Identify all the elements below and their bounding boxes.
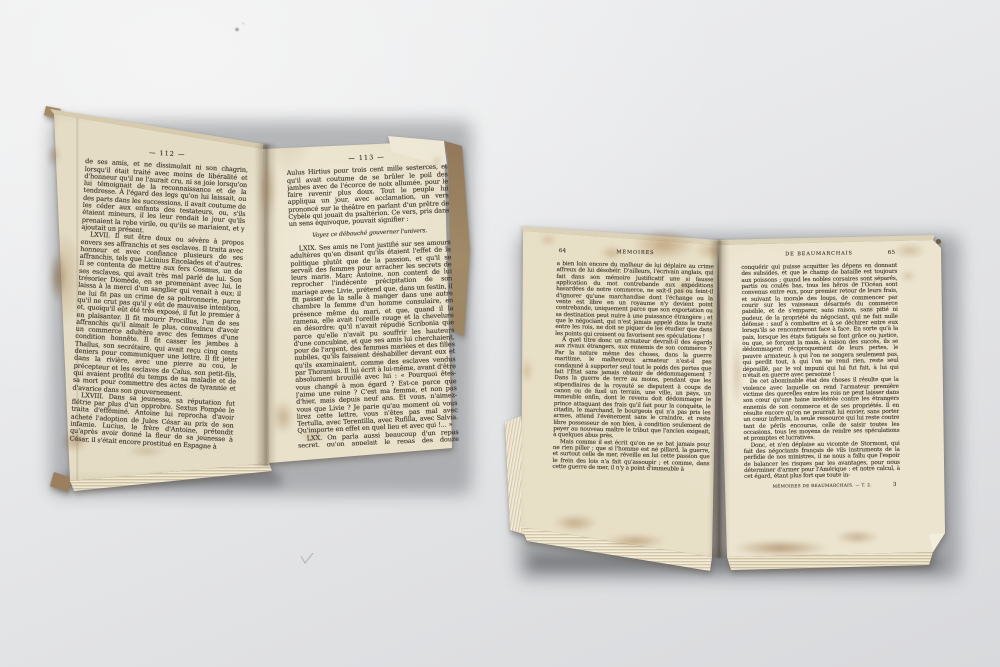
left-book: — 112 — de ses amis, et ne dissimulait n… [36,100,480,496]
paragraph: Mais comme il est écrit qu'on ne se bat … [552,439,710,474]
foxing-stain [258,160,276,220]
paragraph: a bien loin encore du malheur de lui dép… [555,261,714,340]
foxing-stain [605,534,665,548]
dust-speck [234,27,240,32]
page-65-text: DE BEAUMARCHAIS 65 conquérir qui puisse … [741,250,901,544]
paragraph: LXVII. Il sut être doux ou sévère à prop… [72,231,244,400]
paragraph: conquérir qui puisse acquitter les dépen… [741,263,899,379]
signature-number: 3 [893,482,896,488]
footer-row: MÉMOIRES DE BEAUMARCHAIS. — T. 2. 3 [744,481,900,491]
page-112-text: — 112 — de ses amis, et ne dissimulait n… [69,146,249,461]
foxing-stain [521,358,533,384]
foxing-stain [901,270,915,282]
paragraph: de ses amis, et ne dissimulait ni son ch… [81,158,248,240]
page-64-text: 64 MÉMOIRES a bien loin encore du malheu… [551,248,714,531]
dust-speck [241,22,245,25]
foxing-stain [731,338,743,408]
photograph-scene: — 112 — de ses amis, et ne dissimulait n… [0,0,1000,667]
page-113-text: — 113 — Aulus Hirtius pour trois cent mi… [286,151,459,447]
page-number: 64 [559,248,566,254]
paragraph: Donc, et n'en déplaise au vicomte de Sto… [744,440,901,480]
paragraph: LXVIII. Dans sa jeunesse, sa réputation … [69,391,235,451]
running-head-row: DE BEAUMARCHAIS 65 [741,250,897,260]
right-book: 64 MÉMOIRES a bien loin encore du malheu… [505,218,965,580]
foxing-stain [539,234,557,246]
footer-title: MÉMOIRES DE BEAUMARCHAIS. — T. 2. [744,481,900,490]
paragraph: De cet abominable état des choses il rés… [743,377,900,443]
paragraph: LXIX. Ses amis ne l'ont justifié sur ses… [290,239,459,435]
paragraph: Aulus Hirtius pour trois cent mille sest… [287,164,450,229]
foxing-stain [50,250,66,302]
corner-speck [936,239,941,244]
paragraph: À quel titre donc un armateur devrait-il… [553,337,712,442]
running-head: DE BEAUMARCHAIS [741,250,897,259]
pencil-checkmark [299,551,315,565]
foxing-stain [272,400,294,434]
foxing-stain [48,144,60,166]
page-number: 65 [888,250,895,256]
